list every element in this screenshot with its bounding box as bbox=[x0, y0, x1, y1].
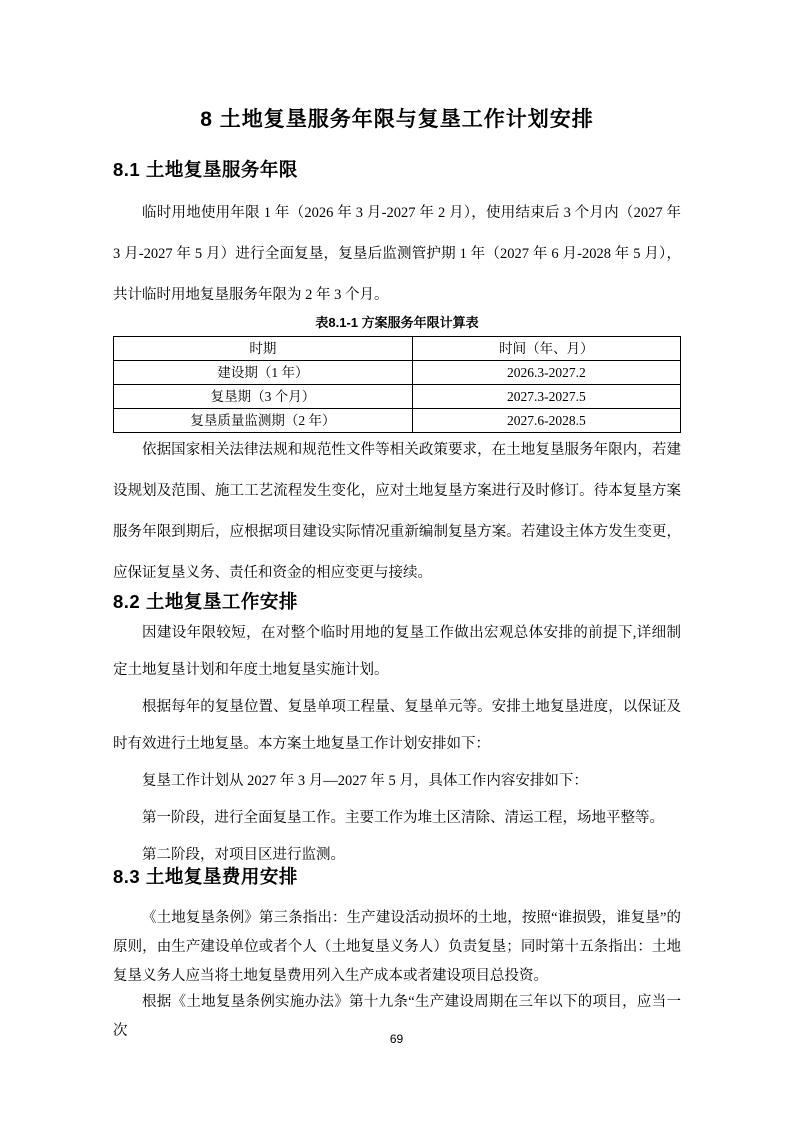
section-heading-8-2: 8.2 土地复垦工作安排 bbox=[113, 589, 681, 615]
paragraph: 因建设年限较短，在对整个临时用地的复垦工作做出宏观总体安排的前提下,详细制定土地… bbox=[113, 615, 681, 689]
table-row: 建设期（1 年） 2026.3-2027.2 bbox=[114, 361, 681, 385]
section-heading-8-1: 8.1 土地复垦服务年限 bbox=[113, 157, 681, 183]
paragraph: 临时用地使用年限 1 年（2026 年 3 月-2027 年 2 月），使用结束… bbox=[113, 193, 681, 316]
table-row: 复垦期（3 个月） 2027.3-2027.5 bbox=[114, 385, 681, 409]
document-page: 8 土地复垦服务年限与复垦工作计划安排 8.1 土地复垦服务年限 临时用地使用年… bbox=[0, 0, 793, 1122]
table-caption: 表8.1-1 方案服务年限计算表 bbox=[113, 313, 681, 333]
table-cell-period: 复垦质量监测期（2 年） bbox=[114, 409, 413, 433]
table-header-period: 时期 bbox=[114, 337, 413, 361]
page-content: 8 土地复垦服务年限与复垦工作计划安排 8.1 土地复垦服务年限 临时用地使用年… bbox=[113, 0, 681, 1122]
table-header-time: 时间（年、月） bbox=[412, 337, 680, 361]
page-number: 69 bbox=[0, 1031, 793, 1047]
section-heading-8-3: 8.3 土地复垦费用安排 bbox=[113, 864, 681, 890]
chapter-title: 8 土地复垦服务年限与复垦工作计划安排 bbox=[113, 105, 681, 135]
table-header-row: 时期 时间（年、月） bbox=[114, 337, 681, 361]
table-row: 复垦质量监测期（2 年） 2027.6-2028.5 bbox=[114, 409, 681, 433]
paragraph: 第一阶段，进行全面复垦工作。主要工作为堆土区清除、清运工程，场地平整等。 bbox=[113, 800, 681, 837]
paragraph: 复垦工作计划从 2027 年 3 月—2027 年 5 月，具体工作内容安排如下… bbox=[113, 763, 681, 800]
table-cell-time: 2026.3-2027.2 bbox=[412, 361, 680, 385]
section-8-2-body: 因建设年限较短，在对整个临时用地的复垦工作做出宏观总体安排的前提下,详细制定土地… bbox=[113, 615, 681, 874]
table-cell-time: 2027.3-2027.5 bbox=[412, 385, 680, 409]
service-period-table: 时期 时间（年、月） 建设期（1 年） 2026.3-2027.2 复垦期（3 … bbox=[113, 336, 681, 433]
table-cell-time: 2027.6-2028.5 bbox=[412, 409, 680, 433]
table-cell-period: 复垦期（3 个月） bbox=[114, 385, 413, 409]
paragraph: 依据国家相关法律法规和规范性文件等相关政策要求，在土地复垦服务年限内，若建设规划… bbox=[113, 430, 681, 594]
paragraph: 《土地复垦条例》第三条指出：生产建设活动损坏的土地，按照“谁损毁，谁复垦”的原则… bbox=[113, 904, 681, 991]
paragraph: 根据每年的复垦位置、复垦单项工程量、复垦单元等。安排土地复垦进度，以保证及时有效… bbox=[113, 689, 681, 763]
table-cell-period: 建设期（1 年） bbox=[114, 361, 413, 385]
